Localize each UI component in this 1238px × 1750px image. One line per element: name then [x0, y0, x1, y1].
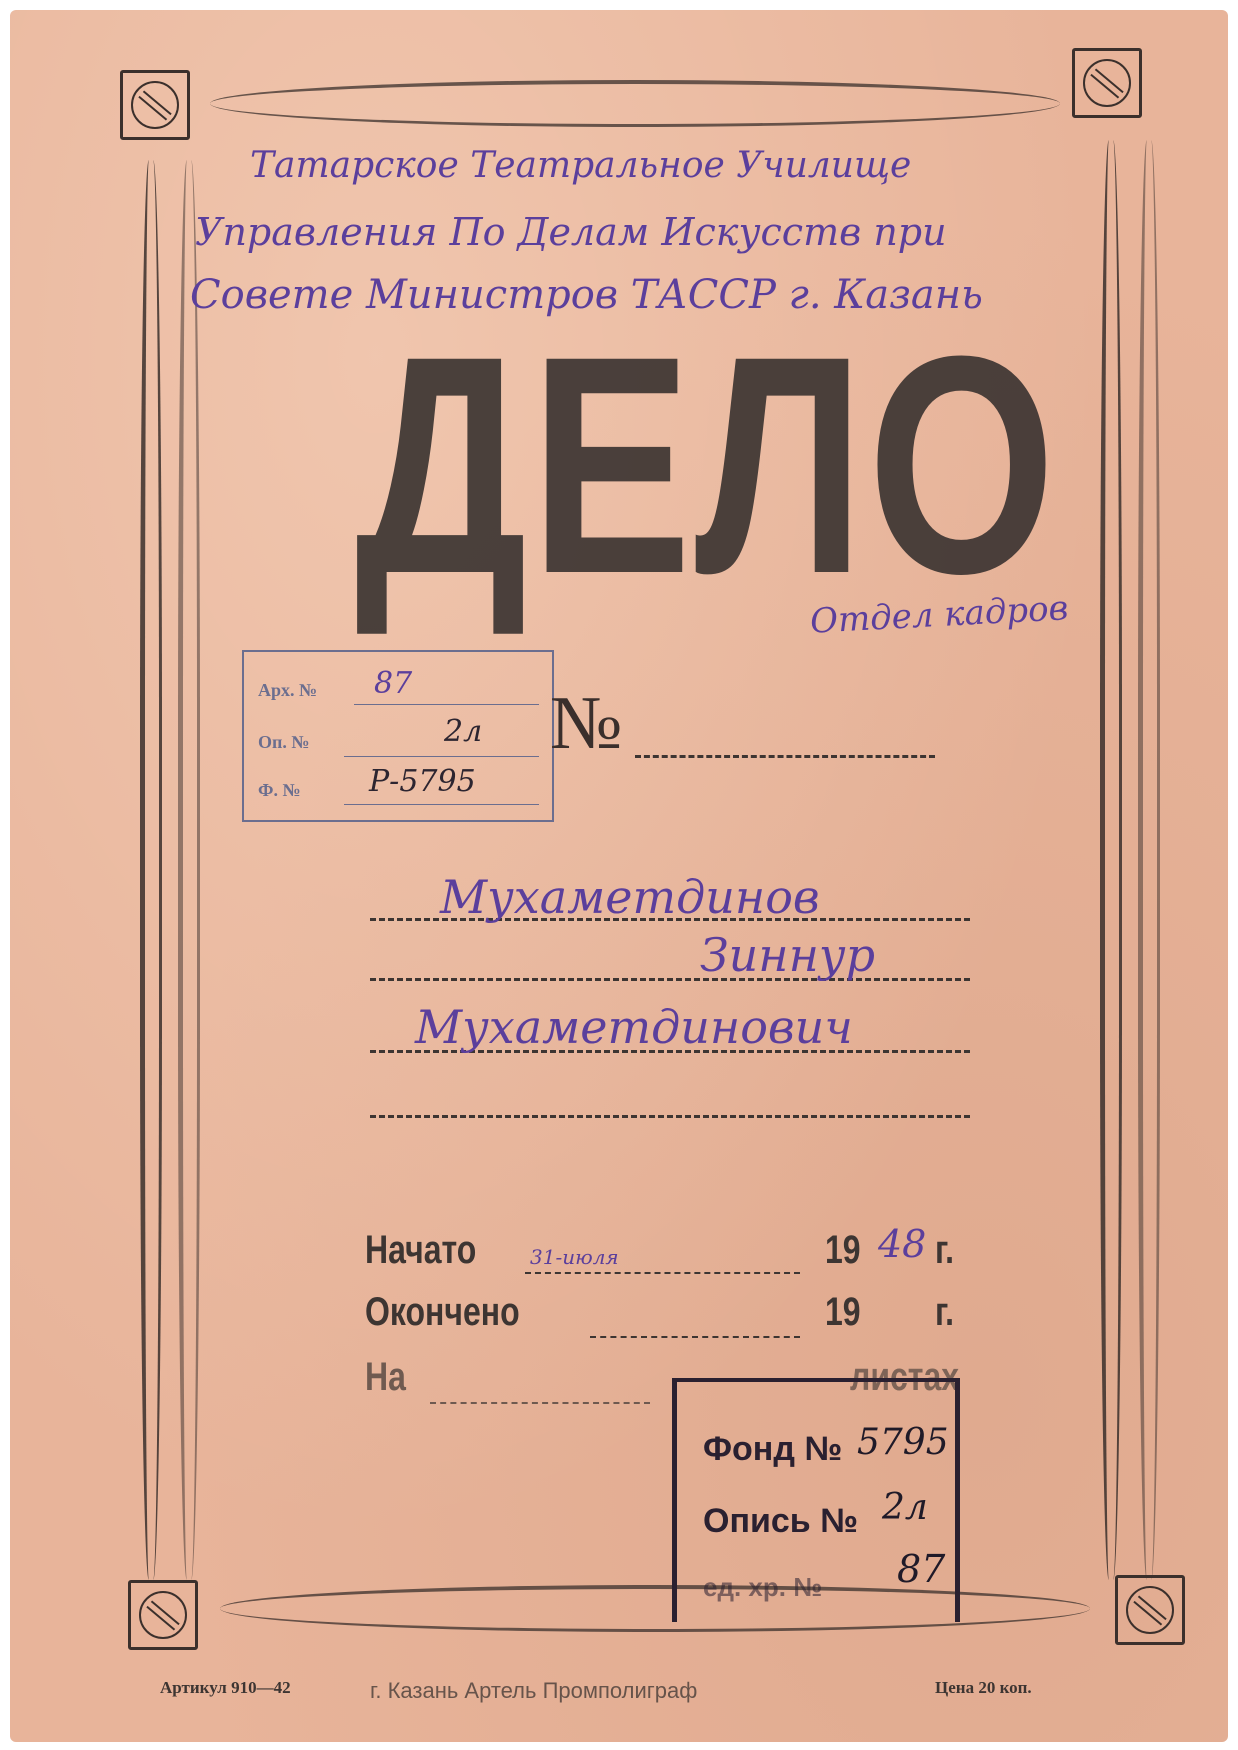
corner-emblem-icon	[120, 70, 190, 140]
archive-number-value: 87	[374, 666, 412, 701]
storage-unit-label: ед. хр. №	[703, 1572, 822, 1603]
finished-year-unit: г.	[935, 1290, 954, 1335]
fund-number-value: Р-5795	[369, 764, 476, 799]
finished-date-line	[590, 1336, 800, 1338]
document-heading: ДЕЛО	[355, 310, 1059, 620]
left-vine-ornament	[178, 160, 200, 1580]
left-vine-ornament	[140, 160, 162, 1580]
fund-stamp: Фонд № 5795 Опись № 2л ед. хр. № 87	[672, 1378, 960, 1622]
top-garland-ornament	[210, 80, 1060, 127]
extra-line	[370, 1115, 970, 1118]
archive-number-label: Арх. №	[258, 680, 317, 701]
document-cover: Татарское Театральное Училище Управления…	[10, 10, 1228, 1742]
fund-number-label: Ф. №	[258, 780, 301, 801]
right-vine-ornament	[1100, 140, 1122, 1580]
inventory-number-label: Оп. №	[258, 732, 309, 753]
started-year-prefix: 19	[825, 1228, 861, 1273]
sheets-label: На	[365, 1355, 406, 1400]
started-label: Начато	[365, 1228, 476, 1273]
corner-emblem-icon	[1115, 1575, 1185, 1645]
started-year-unit: г.	[935, 1228, 954, 1273]
institution-line-2: Управления По Делам Искусств при	[195, 210, 947, 254]
started-year-suffix: 48	[878, 1222, 926, 1266]
number-field-line	[635, 755, 935, 758]
fund-value: 5795	[857, 1422, 949, 1463]
started-date-value: 31-июля	[530, 1245, 619, 1269]
finished-label: Окончено	[365, 1290, 520, 1335]
corner-emblem-icon	[1072, 48, 1142, 118]
right-vine-ornament	[1138, 140, 1160, 1580]
sheets-line	[430, 1402, 650, 1404]
inventory-label: Опись №	[703, 1502, 858, 1541]
inventory-value: 2л	[882, 1487, 928, 1528]
price: Цена 20 коп.	[935, 1678, 1032, 1698]
name-line	[370, 978, 970, 981]
inventory-number-value: 2л	[444, 714, 482, 749]
started-date-line	[525, 1272, 800, 1274]
publisher: г. Казань Артель Промполиграф	[370, 1678, 697, 1704]
finished-year-prefix: 19	[825, 1290, 861, 1335]
institution-line-1: Татарское Театральное Училище	[250, 145, 911, 186]
person-patronymic: Мухаметдинович	[415, 1000, 853, 1054]
number-sign: №	[550, 680, 623, 767]
storage-unit-value: 87	[897, 1547, 945, 1591]
article-number: Артикул 910—42	[160, 1678, 291, 1698]
person-name: Зиннур	[700, 928, 875, 982]
corner-emblem-icon	[128, 1580, 198, 1650]
fund-label: Фонд №	[703, 1430, 842, 1469]
person-surname: Мухаметдинов	[440, 870, 820, 924]
archive-stamp: Арх. № 87 Оп. № 2л Ф. № Р-5795	[242, 650, 554, 822]
